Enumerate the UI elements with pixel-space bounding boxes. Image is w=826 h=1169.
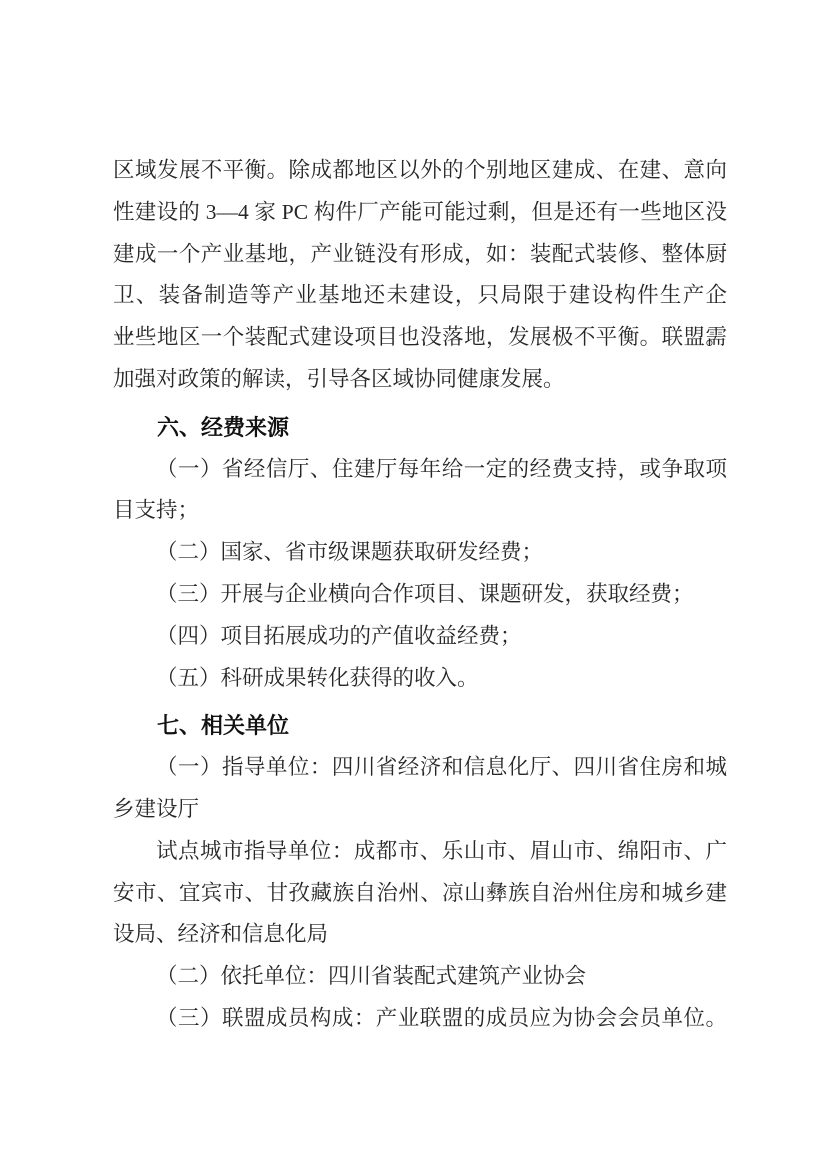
text-line: 乡建设厅 [113,789,727,831]
text-line: 目支持； [113,490,727,532]
text-line: （三）联盟成员构成：产业联盟的成员应为协会会员单位。 [113,998,727,1040]
section-heading-7: 七、相关单位 [113,705,727,747]
text-line: 加强对政策的解读，引导各区域协同健康发展。 [113,359,727,401]
document-page: 区域发展不平衡。除成都地区以外的个别地区建成、在建、意向 性建设的 3—4 家 … [0,0,826,1169]
text-line: （二）依托单位：四川省装配式建筑产业协会 [113,956,727,998]
list-item: （二）国家、省市级课题获取研发经费； [113,532,727,574]
text-line: 建成一个产业基地，产业链没有形成，如：装配式装修、整体厨 [113,234,727,276]
text-line: 性建设的 3—4 家 PC 构件厂产能可能过剩，但是还有一些地区没 [113,192,727,234]
text-line: 一些地区一个装配式建设项目也没落地，发展极不平衡。联盟需 [113,317,727,359]
section-heading-6: 六、经费来源 [113,407,727,449]
text-line: 设局、经济和信息化局 [113,914,727,956]
text-line: （一）省经信厅、住建厅每年给一定的经费支持，或争取项 [113,449,727,491]
text-block: 区域发展不平衡。除成都地区以外的个别地区建成、在建、意向 性建设的 3—4 家 … [113,150,727,1040]
text-line: 卫、装备制造等产业基地还未建设，只局限于建设构件生产企业。 [113,275,727,317]
text-line: 试点城市指导单位：成都市、乐山市、眉山市、绵阳市、广 [113,831,727,873]
text-line: （一）指导单位：四川省经济和信息化厅、四川省住房和城 [113,747,727,789]
list-item: （五）科研成果转化获得的收入。 [113,658,727,700]
list-item: （四）项目拓展成功的产值收益经费； [113,616,727,658]
list-item: （三）开展与企业横向合作项目、课题研发，获取经费； [113,574,727,616]
text-line: 安市、宜宾市、甘孜藏族自治州、凉山彝族自治州住房和城乡建 [113,873,727,915]
text-line: 区域发展不平衡。除成都地区以外的个别地区建成、在建、意向 [113,150,727,192]
